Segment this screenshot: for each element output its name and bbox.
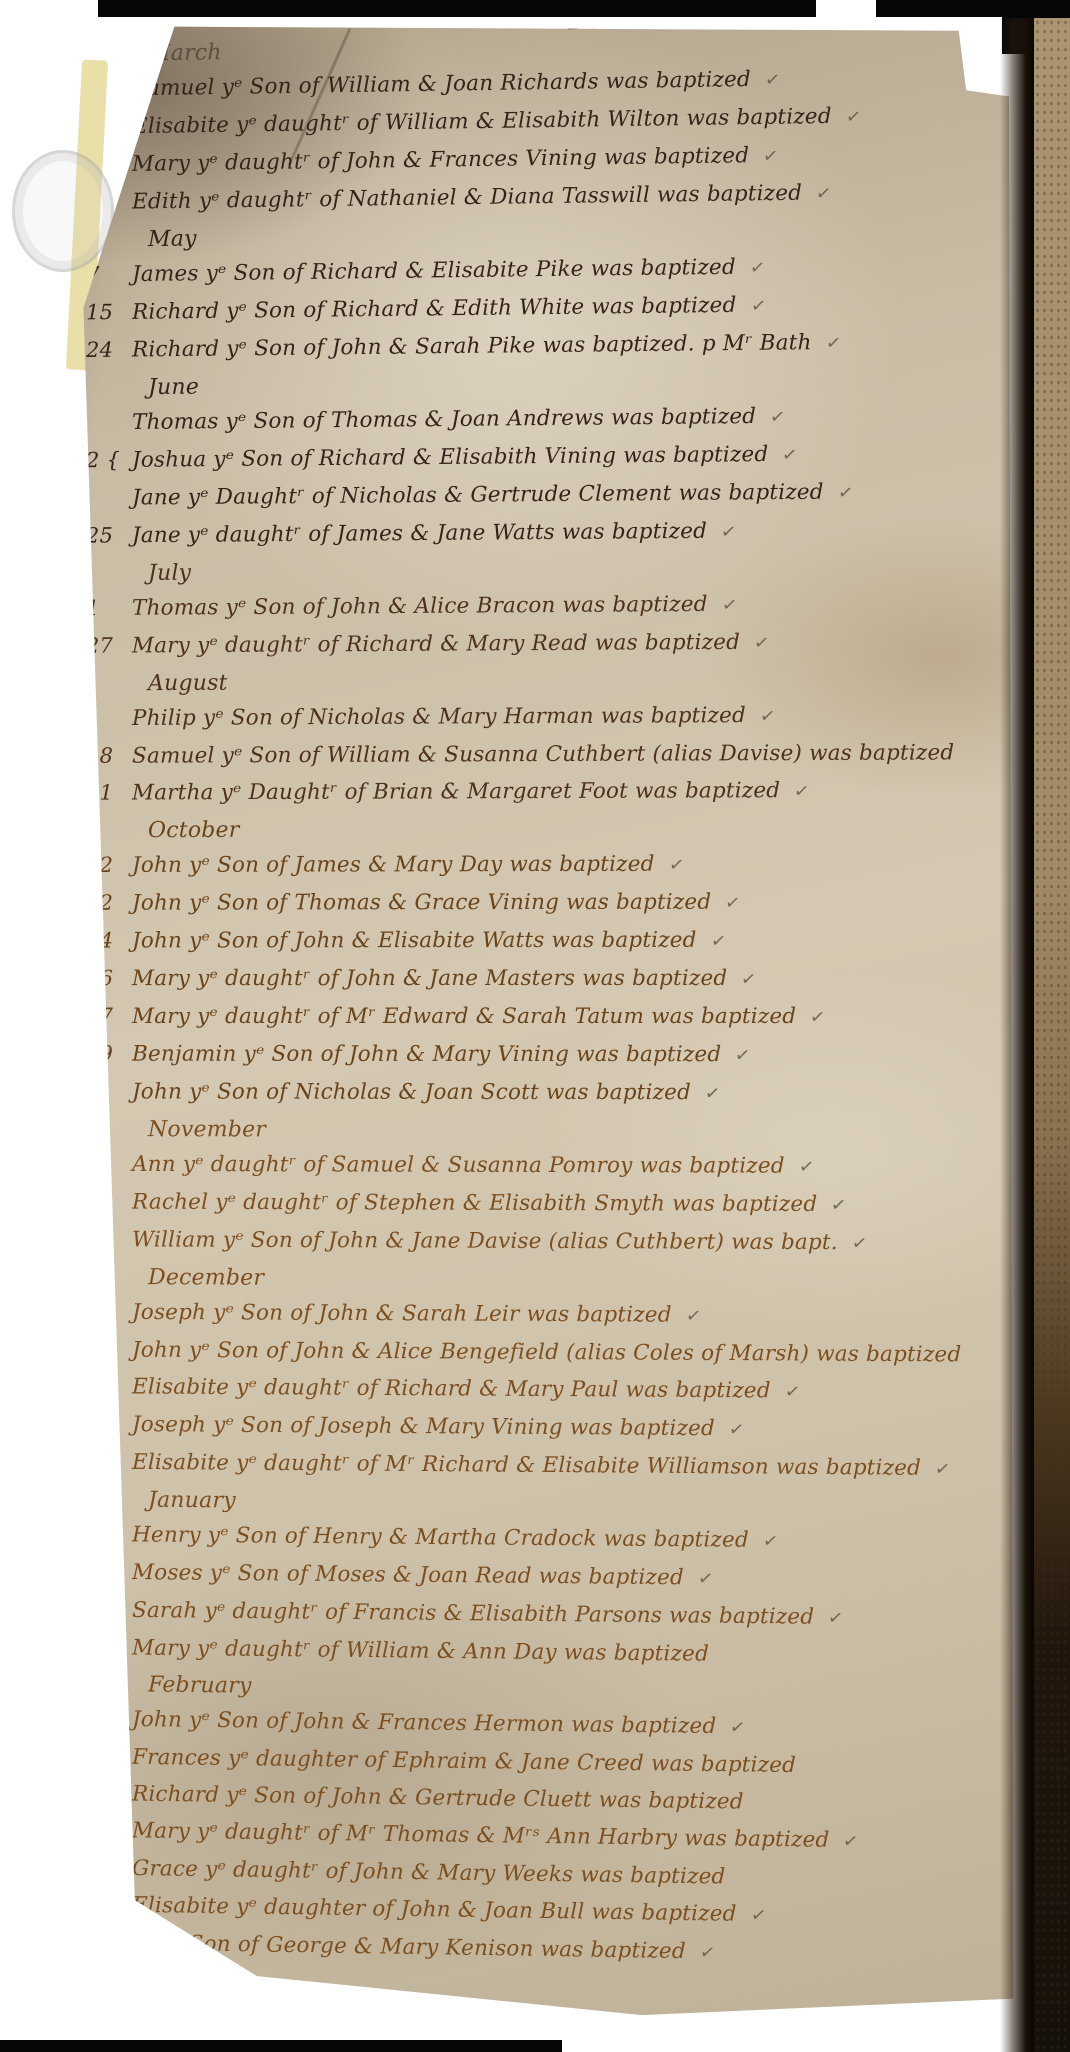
check-mark: ✓ — [667, 853, 685, 878]
entry-day: 22 — [86, 1228, 132, 1251]
month-header: May — [86, 217, 1016, 252]
entry-text: Grace yᵉ daughtʳ of John & Mary Weeks wa… — [132, 1857, 726, 1888]
check-mark: ✓ — [684, 1304, 702, 1329]
entry-day: 24 — [86, 339, 132, 362]
month-header: March — [86, 29, 1016, 67]
entry-text: Elisabite yᵉ daughtʳ of William & Elisab… — [132, 105, 832, 138]
entry-text: Richard yᵉ Son of Richard & Edith White … — [132, 294, 737, 324]
entry-text: Henry yᵉ Son of Henry & Martha Cradock w… — [132, 1523, 749, 1551]
baptism-entry: Mary yᵉ daughtʳ of Mʳ Thomas & Mʳˢ Ann H… — [86, 1819, 1016, 1856]
baptism-entry: 14Elisabite yᵉ daughtʳ of Richard & Mary… — [86, 1375, 1016, 1405]
baptism-entry: 2 {Joshua yᵉ Son of Richard & Elisabith … — [86, 441, 1016, 473]
entry-text: Elisabite yᵉ daughtʳ of Richard & Mary P… — [132, 1375, 771, 1402]
entry-text: Joseph yᵉ Son of John & Sarah Leir was b… — [132, 1301, 672, 1327]
entry-day: 26 — [86, 967, 132, 990]
entry-day: 3 — [86, 1707, 132, 1731]
baptism-entry: 16Rachel yᵉ daughtʳ of Stephen & Elisabi… — [86, 1190, 1016, 1217]
check-mark: ✓ — [703, 1081, 721, 1106]
baptism-entry: 1Thomas yᵉ Son of John & Alice Bracon wa… — [86, 591, 1016, 621]
check-mark: ✓ — [720, 520, 738, 545]
baptism-entry: Grace yᵉ daughtʳ of John & Mary Weeks wa… — [86, 1856, 1016, 1892]
entry-text: Mary yᵉ daughtʳ of Mʳ Edward & Sarah Tat… — [132, 1005, 796, 1028]
entry-day: 18 — [86, 745, 132, 768]
baptism-entry: Jane yᵉ Daughtʳ of Nicholas & Gertrude C… — [86, 479, 1016, 511]
check-mark: ✓ — [827, 1606, 846, 1631]
baptism-entry: Thomas yᵉ Son of Thomas & Joan Andrews w… — [86, 403, 1016, 436]
scan-top-bar — [98, 0, 816, 17]
baptism-entry: 31Martha yᵉ Daughtʳ of Brian & Margaret … — [86, 778, 1016, 805]
baptism-entry: 8Henry yᵉ Son of Henry & Martha Cradock … — [86, 1523, 1016, 1555]
baptism-entry: Elisabite yᵉ daughter of John & Joan Bul… — [86, 1893, 1016, 1931]
entry-day: 3 — [86, 1301, 132, 1324]
check-mark: ✓ — [793, 779, 811, 804]
entry-text: John yᵉ Son of Thomas & Grace Vining was… — [132, 891, 711, 915]
entry-day: 31 — [86, 1080, 132, 1103]
baptism-entry: AprilElisabite yᵉ daughtʳ of William & E… — [86, 102, 1016, 139]
entry-day: 1 — [86, 707, 132, 730]
check-mark: ✓ — [696, 1566, 715, 1591]
baptism-entry: 7Ann yᵉ daughtʳ of Samuel & Susanna Pomr… — [86, 1153, 1016, 1179]
entry-day — [86, 1949, 132, 1950]
entry-day: 17 — [86, 1413, 132, 1436]
entry-text: Ann yᵉ daughtʳ of Samuel & Susanna Pomro… — [132, 1153, 785, 1178]
entry-day: 16 — [86, 1598, 132, 1621]
baptism-entry: 25Jane yᵉ daughtʳ of James & Jane Watts … — [86, 517, 1016, 548]
check-mark: ✓ — [764, 68, 782, 93]
month-header: November — [86, 1118, 1016, 1143]
entry-day: 25 — [86, 524, 132, 547]
entry-day: 24 — [86, 929, 132, 952]
check-mark: ✓ — [729, 1715, 748, 1740]
check-mark: ✓ — [824, 331, 842, 356]
check-mark: ✓ — [842, 1829, 861, 1854]
scan-bottom-bar — [0, 2040, 562, 2052]
entry-day: 14 — [86, 1375, 132, 1398]
entry-day: 29 — [86, 1043, 132, 1066]
entry-text: John yᵉ Son of James & Mary Day was bapt… — [132, 853, 655, 877]
baptism-entry: 31John yᵉ Son of Nicholas & Joan Scott w… — [86, 1080, 1016, 1105]
entries: MarchSamuel yᵉ Son of William & Joan Ric… — [86, 32, 1016, 1976]
month-header: January — [86, 1488, 1016, 1519]
embossed-library-stamp — [12, 150, 114, 272]
entry-text: Joshua yᵉ Son of Richard & Elisabith Vin… — [132, 443, 769, 472]
check-mark: ✓ — [830, 1193, 848, 1218]
entry-text: — yᵉ Son of George & Mary Kenison was ba… — [132, 1931, 686, 1963]
entry-text: Richard yᵉ Son of John & Gertrude Cluett… — [132, 1783, 744, 1814]
entry-text: Moses yᵉ Son of Moses & Joan Read was ba… — [132, 1561, 684, 1589]
month-header: July — [86, 556, 1016, 586]
check-mark: ✓ — [749, 1903, 768, 1928]
baptism-entry: 15Richard yᵉ Son of Richard & Edith Whit… — [86, 291, 1016, 326]
entry-day: 4 — [86, 1745, 132, 1769]
check-mark: ✓ — [769, 405, 787, 430]
entry-text: Elisabite yᵉ daughter of John & Joan Bul… — [132, 1894, 737, 1926]
entry-text: Sarah yᵉ daughtʳ of Francis & Elisabith … — [132, 1599, 814, 1629]
check-mark: ✓ — [781, 443, 799, 468]
check-mark: ✓ — [815, 182, 833, 207]
entry-day: 27 — [86, 1005, 132, 1028]
baptism-entry: Edith yᵉ daughtʳ of Nathaniel & Diana Ta… — [86, 179, 1016, 215]
baptism-entry: 4Frances yᵉ daughter of Ephraim & Jane C… — [86, 1745, 1016, 1780]
entry-text: Jane yᵉ daughtʳ of James & Jane Watts wa… — [132, 520, 707, 547]
entry-day: 1 — [86, 597, 132, 620]
baptism-entry: 3Joseph yᵉ Son of John & Sarah Leir was … — [86, 1301, 1016, 1330]
entry-text: Richard yᵉ Son of John & Sarah Pike was … — [132, 331, 812, 361]
baptism-entry: 27Mary yᵉ daughtʳ of Mʳ Edward & Sarah T… — [86, 1005, 1016, 1029]
entry-day: 4 — [86, 1338, 132, 1361]
entry-text: Elisabite yᵉ daughtʳ of Mʳ Richard & Eli… — [132, 1451, 921, 1480]
entry-text: Joseph yᵉ Son of Joseph & Mary Vining wa… — [132, 1413, 715, 1440]
entry-text: Samuel yᵉ Son of William & Susanna Cuthb… — [132, 741, 954, 767]
check-mark: ✓ — [783, 1380, 801, 1405]
entry-text: William yᵉ Son of John & Jane Davise (al… — [132, 1228, 838, 1254]
entry-text: Mary yᵉ daughtʳ of Richard & Mary Read w… — [132, 631, 740, 658]
month-header: June — [86, 367, 1016, 399]
binding-gutter-shadow — [1000, 18, 1036, 2052]
check-mark: ✓ — [748, 256, 766, 281]
entry-day — [86, 1800, 132, 1801]
baptism-entry: 14Moses yᵉ Son of Moses & Joan Read was … — [86, 1561, 1016, 1594]
baptism-entry: 22John yᵉ Son of Thomas & Grace Vining w… — [86, 890, 1016, 915]
check-mark: ✓ — [761, 1529, 780, 1554]
check-mark: ✓ — [759, 704, 777, 729]
check-mark: ✓ — [734, 1043, 752, 1068]
baptism-entry: 4John yᵉ Son of John & Alice Bengefield … — [86, 1338, 1016, 1366]
month-header: February — [86, 1673, 1016, 1706]
month-header: December — [86, 1266, 1016, 1293]
check-mark: ✓ — [740, 967, 758, 992]
entry-day: 26 — [86, 1636, 132, 1659]
entry-day: 22 — [86, 854, 132, 877]
entry-text: Mary yᵉ daughtʳ of John & Jane Masters w… — [132, 967, 727, 990]
baptism-entry: 24Richard yᵉ Son of John & Sarah Pike wa… — [86, 329, 1016, 363]
entry-text: Samuel yᵉ Son of William & Joan Richards… — [132, 68, 751, 100]
entry-day — [86, 1837, 132, 1838]
check-mark: ✓ — [698, 1940, 717, 1965]
baptism-entry: 22William yᵉ Son of John & Jane Davise (… — [86, 1228, 1016, 1256]
baptism-entry: Mary yᵉ daughtʳ of John & Frances Vining… — [86, 141, 1016, 178]
baptism-entry: 24John yᵉ Son of John & Elisabite Watts … — [86, 929, 1016, 954]
entry-text: James yᵉ Son of Richard & Elisabite Pike… — [132, 256, 736, 286]
check-mark: ✓ — [933, 1457, 952, 1482]
check-mark: ✓ — [709, 929, 727, 954]
entry-text: John yᵉ Son of John & Elisabite Watts wa… — [132, 929, 697, 953]
entry-day: 24 — [86, 1451, 132, 1474]
entry-text: Mary yᵉ daughtʳ of John & Frances Vining… — [132, 144, 749, 176]
entry-day: 14 — [86, 1561, 132, 1584]
entry-day: 22 — [86, 892, 132, 915]
check-mark: ✓ — [720, 593, 738, 618]
entry-text: Rachel yᵉ daughtʳ of Stephen & Elisabith… — [132, 1191, 817, 1216]
entry-text: Edith yᵉ daughtʳ of Nathaniel & Diana Ta… — [132, 182, 802, 214]
book-block-edge — [1034, 18, 1070, 2052]
check-mark: ✓ — [753, 631, 771, 656]
baptism-entry: 1Philip yᵉ Son of Nicholas & Mary Harman… — [86, 703, 1016, 731]
entry-day — [86, 1911, 132, 1912]
entry-text: Thomas yᵉ Son of Thomas & Joan Andrews w… — [132, 405, 756, 434]
register-page: 1691 MarchSamuel yᵉ Son of William & Joa… — [0, 0, 1070, 2052]
baptism-entry: 26Mary yᵉ daughtʳ of William & Ann Day w… — [86, 1636, 1016, 1669]
entry-day: 8 — [86, 1523, 132, 1546]
entry-text: Jane yᵉ Daughtʳ of Nicholas & Gertrude C… — [132, 481, 824, 510]
entry-day — [86, 1874, 132, 1875]
baptism-entry: 3John yᵉ Son of John & Frances Hermon wa… — [86, 1707, 1016, 1742]
entry-day: 7 — [86, 1153, 132, 1176]
baptism-entry: 22John yᵉ Son of James & Mary Day was ba… — [86, 852, 1016, 878]
check-mark: ✓ — [850, 1231, 868, 1256]
entry-text: Benjamin yᵉ Son of John & Mary Vining wa… — [132, 1043, 721, 1067]
check-mark: ✓ — [749, 294, 767, 319]
check-mark: ✓ — [762, 144, 780, 169]
check-mark: ✓ — [724, 891, 742, 916]
baptism-entry: — yᵉ Son of George & Mary Kenison was ba… — [86, 1931, 1016, 1969]
month-header: October — [86, 817, 1016, 843]
entry-text: Mary yᵉ daughtʳ of Mʳ Thomas & Mʳˢ Ann H… — [132, 1819, 830, 1851]
entry-day: 2 { — [86, 449, 132, 472]
check-mark: ✓ — [797, 1155, 815, 1180]
scanned-register-photo: 1691 MarchSamuel yᵉ Son of William & Joa… — [0, 0, 1070, 2052]
baptism-entry: 7James yᵉ Son of Richard & Elisabite Pik… — [86, 252, 1016, 287]
entry-day: 15 — [86, 301, 132, 325]
entry-text: John yᵉ Son of Nicholas & Joan Scott was… — [132, 1080, 691, 1104]
entry-text: Martha yᵉ Daughtʳ of Brian & Margaret Fo… — [132, 779, 780, 804]
entry-text: Frances yᵉ daughter of Ephraim & Jane Cr… — [132, 1746, 796, 1777]
entry-text: Thomas yᵉ Son of John & Alice Bracon was… — [132, 593, 708, 620]
scan-top-bar — [876, 0, 1004, 17]
baptism-entry: 16Sarah yᵉ daughtʳ of Francis & Elisabit… — [86, 1598, 1016, 1631]
check-mark: ✓ — [844, 105, 862, 130]
entry-day: 16 — [86, 1190, 132, 1213]
baptism-entry: 24Elisabite yᵉ daughtʳ of Mʳ Richard & E… — [86, 1451, 1016, 1482]
baptism-entry: 29Benjamin yᵉ Son of John & Mary Vining … — [86, 1043, 1016, 1068]
baptism-entry: 18Samuel yᵉ Son of William & Susanna Cut… — [86, 741, 1016, 768]
entry-text: John yᵉ Son of John & Alice Bengefield (… — [132, 1339, 961, 1367]
check-mark: ✓ — [836, 481, 854, 506]
baptism-entry: 17Joseph yᵉ Son of Joseph & Mary Vining … — [86, 1413, 1016, 1443]
entry-day: 27 — [86, 634, 132, 657]
entry-text: Mary yᵉ daughtʳ of William & Ann Day was… — [132, 1637, 709, 1666]
baptism-entry: Samuel yᵉ Son of William & Joan Richards… — [86, 64, 1016, 102]
baptism-entry: 27Mary yᵉ daughtʳ of Richard & Mary Read… — [86, 629, 1016, 659]
entry-day: 31 — [86, 781, 132, 804]
check-mark: ✓ — [727, 1417, 745, 1442]
baptism-entry: 26Mary yᵉ daughtʳ of John & Jane Masters… — [86, 967, 1016, 991]
entry-text: Philip yᵉ Son of Nicholas & Mary Harman … — [132, 704, 746, 730]
check-mark: ✓ — [809, 1005, 827, 1030]
month-header: August — [86, 668, 1016, 696]
baptism-entry: Richard yᵉ Son of John & Gertrude Cluett… — [86, 1782, 1016, 1817]
entry-text: John yᵉ Son of John & Frances Hermon was… — [132, 1708, 717, 1738]
